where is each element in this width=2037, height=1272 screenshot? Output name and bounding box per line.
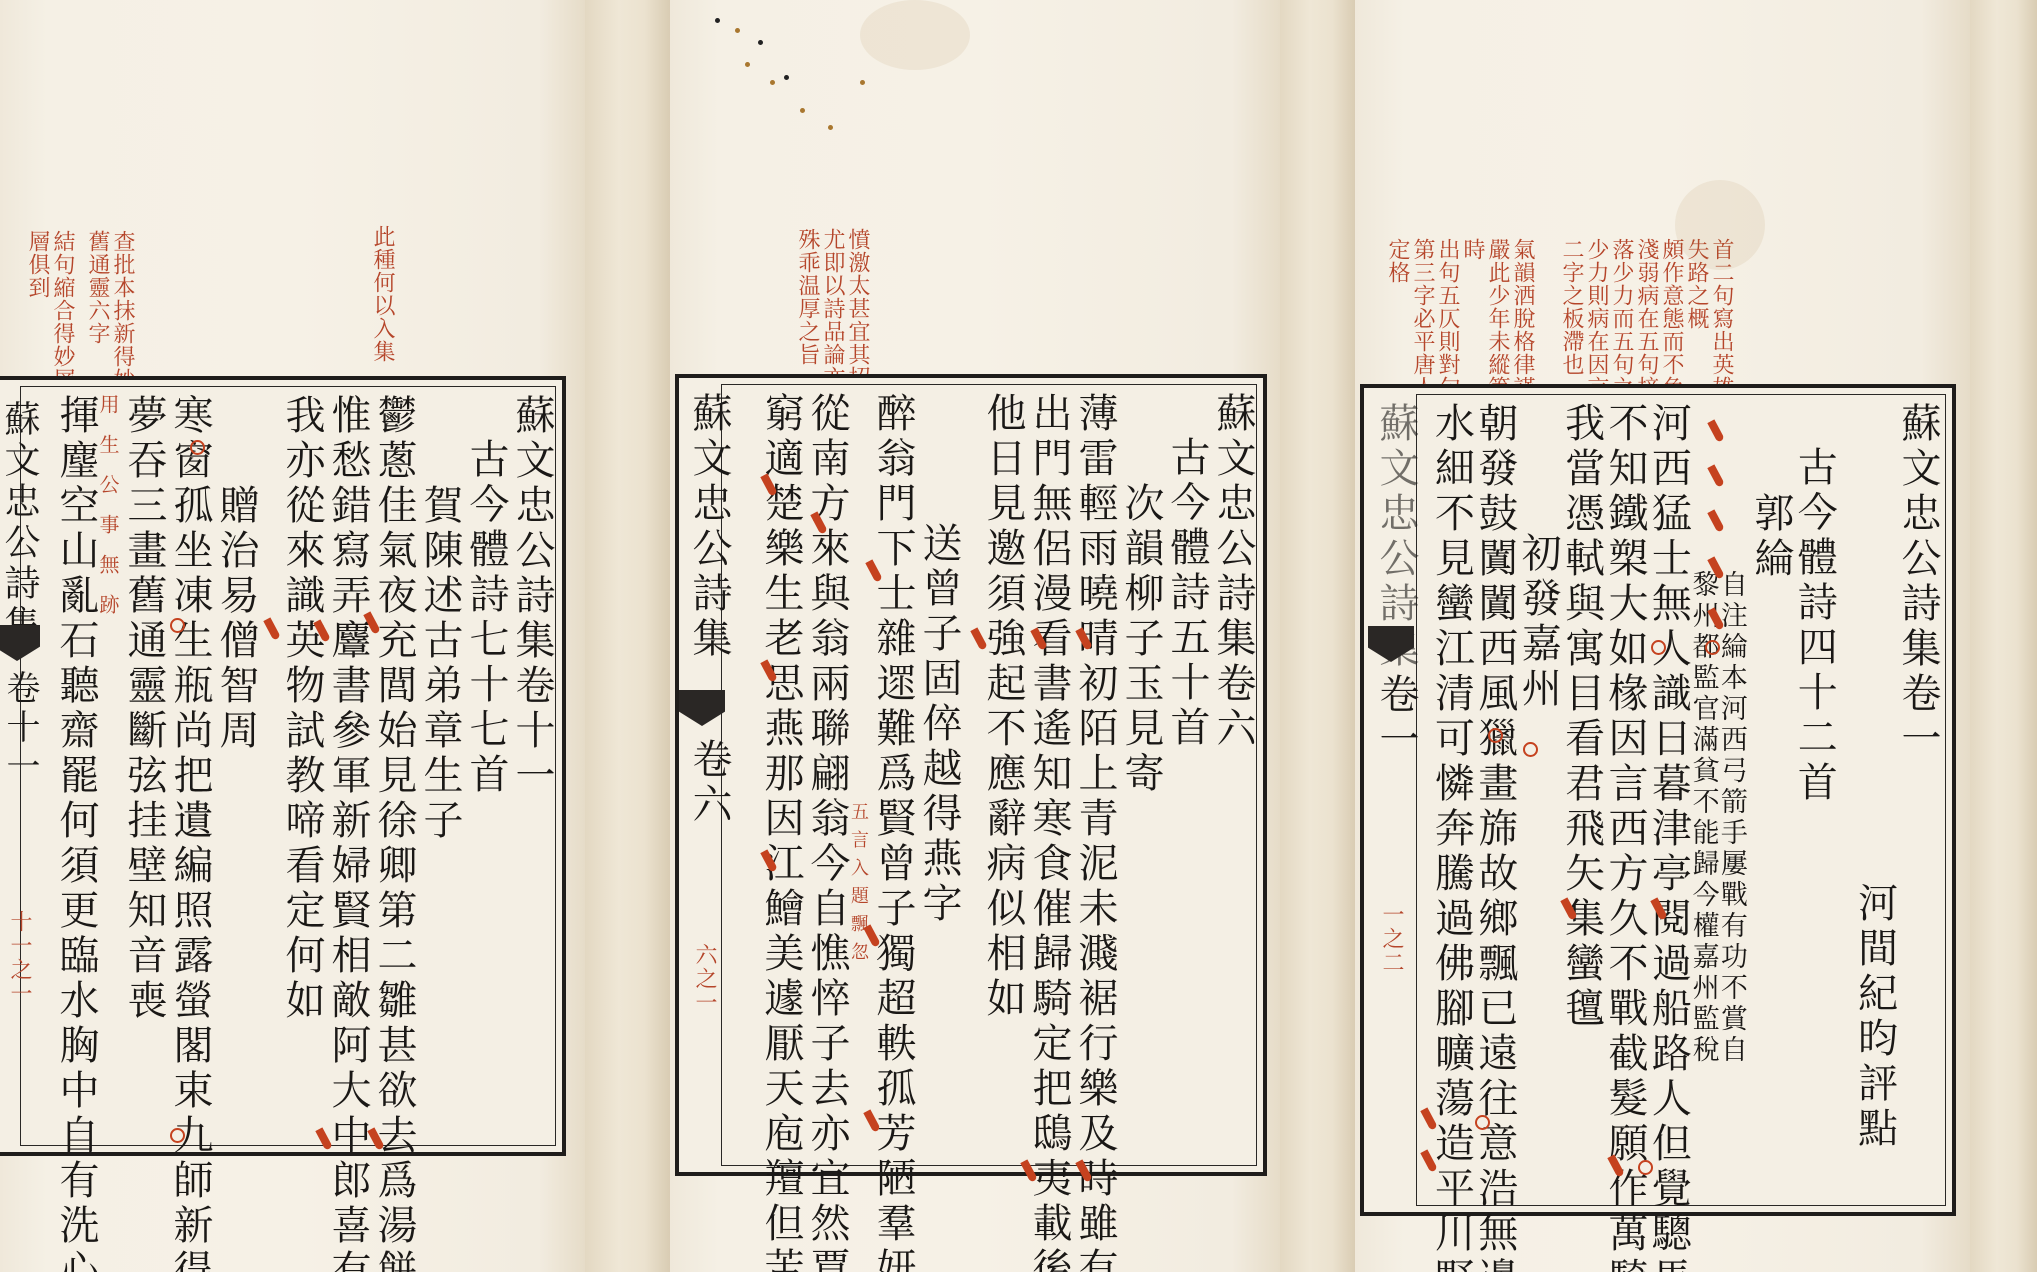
red-circle-mark [1705, 640, 1720, 655]
red-note: 定格 [1385, 238, 1408, 399]
middle-text-columns: 蘇文忠公詩集卷六 古今體詩五十首 次韻柳子玉見寄 薄雷輕雨曉晴初陌上青泥未濺裾行… [733, 392, 1253, 1162]
left-gutter [585, 0, 670, 1272]
poem-line: 朝發鼓闐闐西風獵畫旆故鄉飄已遠往意浩無邊錦 [1471, 402, 1514, 1202]
wormhole-speck [745, 62, 750, 67]
wormhole-speck [715, 18, 720, 23]
red-note: 第三字必平唐人 [1410, 238, 1433, 399]
middle-spine-volume: 卷六 [681, 738, 738, 828]
section-heading: 古今體詩五十首 [1161, 392, 1207, 1162]
red-note: 此種何以入集 [370, 225, 393, 363]
inline-red-note: 用生公事無跡 [96, 394, 118, 1142]
red-note: 氣韻洒脫格律謹 [1510, 238, 1533, 399]
red-note: 舊通靈六字 [85, 230, 108, 391]
red-note: 憤激太甚宜其招 [845, 228, 868, 389]
poem-line: 不知鐵槊大如椽因言西方久不戰截髮願作萬騎先 [1602, 402, 1645, 1202]
poem-title: 次韻柳子玉見寄 [1115, 392, 1161, 1162]
poem-title: 郭綸 [1745, 402, 1791, 1202]
poem-line: 他日見邀須強起不應辭病似相如 [977, 392, 1023, 1162]
poem-line: 我當憑軾與寓目看君飛矢集蠻氊 [1558, 402, 1601, 1202]
right-text-columns: 蘇文忠公詩集卷一 河間紀昀評點 古今體詩四十二首 郭綸 自注綸本河西弓箭手屢戰有… [1428, 402, 1938, 1202]
section-heading: 古今體詩七十七首 [460, 394, 506, 1142]
red-circle-mark [1523, 742, 1538, 757]
red-circle-mark [1475, 1115, 1490, 1130]
middle-spine-label: 蘇文忠公詩集 [681, 392, 738, 662]
left-red-commentary-2: 此種何以入集 [370, 225, 393, 363]
water-stain [860, 0, 970, 70]
wormhole-speck [735, 28, 740, 33]
poem-line: 河西猛士無人識日暮津亭閱過船路人但覺驄馬瘦 [1645, 402, 1688, 1202]
red-note: 少力則病在因言 [1584, 238, 1607, 399]
poem-line: 薄雷輕雨曉晴初陌上青泥未濺裾行樂及時雖有酒 [1069, 392, 1115, 1162]
poem-title: 初發嘉州 [1515, 402, 1558, 1202]
poem-title-with-note: 郭綸 [1745, 402, 1791, 1202]
left-text-columns: 蘇文忠公詩集卷十一 古今體詩七十七首 賀陳述古弟章生子 鬱蔥佳氣夜充閭始見徐卿第… [34, 394, 552, 1142]
poem-line: 水細不見蠻江清可憐奔騰過佛腳曠蕩造平川野市 [1428, 402, 1471, 1202]
left-page-frame: 蘇文忠公詩集 卷十一 十一之一 蘇文忠公詩集卷十一 古今體詩七十七首 賀陳述古弟… [0, 376, 566, 1156]
wormhole-speck [860, 80, 865, 85]
middle-red-commentary: 憤激太甚宜其招 尤即以詩品論亦 殊乖温厚之旨 [795, 228, 868, 389]
red-note: 嚴此少年未縱筆 [1485, 238, 1508, 399]
poem-title: 送曾子固倅越得燕字 [913, 392, 959, 1162]
wormhole-speck [770, 80, 775, 85]
poem-line: 夢吞三畫舊通靈斷弦挂壁知音喪 [118, 394, 164, 1142]
volume-title: 蘇文忠公詩集卷六 [1207, 392, 1253, 1162]
wormhole-speck [758, 40, 763, 45]
poem-line: 我亦從來識英物試教啼看定何如 [276, 394, 322, 1142]
wormhole-speck [828, 125, 833, 130]
middle-gutter [1280, 0, 1355, 1272]
poem-line: 從南方來與翁兩聯翩翁今自憔悴子去亦宜然賈誼 [801, 392, 847, 1162]
poem-line: 醉翁門下士雜遝難爲賢曾子獨超軼孤芳陋羣妍昔 [867, 392, 913, 1162]
red-note: 尤即以詩品論亦 [820, 228, 843, 389]
red-circle-mark [1488, 728, 1503, 743]
red-circle-mark [170, 1128, 185, 1143]
middle-page-frame: 蘇文忠公詩集 卷六 六之一 蘇文忠公詩集卷六 古今體詩五十首 次韻柳子玉見寄 薄… [675, 374, 1267, 1176]
red-note: 二字之板滯也 [1559, 238, 1582, 399]
red-note: 結句縮合得妙層 [50, 230, 73, 391]
water-stain [1675, 180, 1765, 270]
right-folio: 一之二 [1376, 903, 1407, 975]
red-note: 時 [1460, 238, 1483, 399]
volume-title: 蘇文忠公詩集卷十一 [506, 394, 552, 1142]
poem-title: 贈治易僧智周 [210, 394, 256, 1142]
poem-line: 揮麈空山亂石聽齋罷何須更臨水胸中自有洗心經 [50, 394, 96, 1142]
red-note: 層俱到 [25, 230, 48, 391]
section-heading: 古今體詩四十二首 [1791, 402, 1834, 1202]
wormhole-speck [784, 75, 789, 80]
right-spine-volume: 卷一 [1368, 673, 1425, 763]
poem-line: 鬱蔥佳氣夜充閭始見徐卿第二雛甚欲去爲湯餅客 [368, 394, 414, 1142]
red-note: 出句五仄則對句 [1435, 238, 1458, 399]
poem-line: 窮適楚樂生老思燕那因江鱠美遽厭天庖羶但苦世 [755, 392, 801, 1162]
red-circle-mark [190, 440, 205, 455]
poem-line: 出門無侶漫看書遙知寒食催歸騎定把鴟夷載後車 [1023, 392, 1069, 1162]
editor-credit: 河間紀昀評點 [1851, 402, 1894, 1202]
right-red-commentary: 首二句寫出英雄 失路之概 頗作意態而不免 淺弱病在五句接 落少力而五句之 少力則… [1385, 238, 1732, 399]
red-note: 落少力而五句之 [1609, 238, 1632, 399]
red-circle-mark [1651, 640, 1666, 655]
inline-red-note: 五言入題飄忽 [847, 392, 867, 1162]
poem-title: 賀陳述古弟章生子 [414, 394, 460, 1142]
left-folio: 十一之一 [4, 910, 35, 1006]
red-circle-mark [1638, 1160, 1653, 1175]
red-note: 殊乖温厚之旨 [795, 228, 818, 389]
poem-line: 寒窗孤坐凍生瓶尚把遺編照露螢閣束九師新得妙 [164, 394, 210, 1142]
volume-title: 蘇文忠公詩集卷一 [1895, 402, 1938, 1202]
poem-line: 惟愁錯寫弄麞書參軍新婦賢相敵阿大中郎喜有餘 [322, 394, 368, 1142]
red-note: 淺弱病在五句接 [1634, 238, 1657, 399]
middle-folio: 六之一 [689, 943, 720, 1015]
wormhole-speck [800, 108, 805, 113]
red-circle-mark [170, 618, 185, 633]
red-note: 查批本抹新得妙 [110, 230, 133, 391]
right-edge [1970, 0, 2037, 1272]
middle-fishtail-mark [679, 690, 725, 726]
left-red-commentary: 查批本抹新得妙 舊通靈六字 結句縮合得妙層 層俱到 [25, 230, 133, 391]
right-page-frame: 蘇文忠公詩集 卷一 一之二 蘇文忠公詩集卷一 河間紀昀評點 古今體詩四十二首 郭… [1360, 384, 1956, 1216]
red-note: 頗作意態而不免 [1659, 238, 1682, 399]
